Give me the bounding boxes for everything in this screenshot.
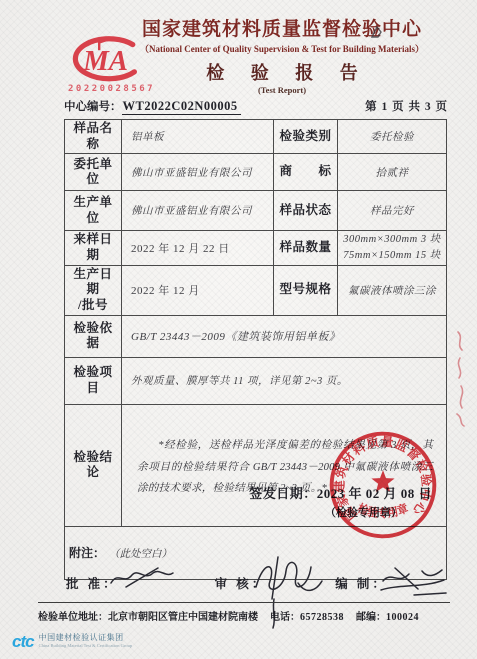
zip-value: 100024 xyxy=(386,612,419,623)
production-date-value: 2022 年 12 月 xyxy=(122,265,274,315)
svg-text:MA: MA xyxy=(82,45,128,77)
client-value: 佛山市亚盛铝业有限公司 xyxy=(122,154,274,191)
table-row: 来样日期 2022 年 12 月 22 日 样品数量 300mm×300mm 3… xyxy=(65,231,447,266)
test-items-value: 外观质量、膜厚等共 11 项，详见第 2~3 页。 xyxy=(122,357,447,404)
page-indicator: 第 1 页 共 3 页 xyxy=(365,98,448,114)
ink-smudge-mark xyxy=(369,24,385,39)
test-report-page: 国家建筑材料质量监督检验中心 （National Center of Quali… xyxy=(0,0,477,659)
production-date-label: 生产日期 /批号 xyxy=(65,265,122,315)
cma-accreditation-icon: MA xyxy=(64,34,144,84)
table-row: 生产单位 佛山市亚盛铝业有限公司 样品状态 样品完好 xyxy=(65,191,447,231)
table-row: 样品名称 铝单板 检验类别 委托检验 xyxy=(65,120,447,154)
sample-name-value: 铝单板 xyxy=(122,120,274,154)
svg-text:检验专用章: 检验专用章 xyxy=(356,501,411,520)
official-seal-stamp: 国家建筑材料质量监督检验中心 检验专用章 xyxy=(327,429,439,541)
sample-state-value: 样品完好 xyxy=(338,191,447,231)
conclusion-label: 检验结论 xyxy=(65,404,122,526)
address-value: 北京市朝阳区管庄中国建材院南楼 xyxy=(108,612,258,623)
report-title-cn: 检 验 报 告 xyxy=(95,59,469,85)
phone-label: 电话： xyxy=(270,612,300,623)
approve-signature xyxy=(108,565,178,593)
manufacturer-value: 佛山市亚盛铝业有限公司 xyxy=(122,191,274,231)
cma-license-number: 20220028567 xyxy=(68,84,155,94)
seal-star-icon xyxy=(371,470,394,492)
table-row: 检验依据 GB/T 23443－2009《建筑装饰用铝单板》 xyxy=(65,315,447,357)
prepare-signature xyxy=(378,565,450,599)
ctc-name-cn: 中国建材检验认证集团 xyxy=(39,634,133,643)
report-number-label: 中心编号： xyxy=(64,98,122,114)
table-row: 检验项目 外观质量、膜厚等共 11 项，详见第 2~3 页。 xyxy=(65,357,447,404)
test-basis-label: 检验依据 xyxy=(65,315,122,357)
trademark-value: 拾贰祥 xyxy=(338,154,447,191)
org-name-en: （National Center of Quality Supervision … xyxy=(95,42,469,55)
test-type-value: 委托检验 xyxy=(338,120,447,154)
sample-state-label: 样品状态 xyxy=(274,191,338,231)
sample-name-label: 样品名称 xyxy=(65,120,122,154)
report-header: 国家建筑材料质量监督检验中心 （National Center of Quali… xyxy=(95,0,469,95)
phone-segment: 电话：65728538 xyxy=(270,608,344,623)
test-items-label: 检验项目 xyxy=(65,357,122,404)
sample-qty-value: 300mm×300mm 3 块 75mm×150mm 15 块 xyxy=(338,231,447,266)
ctc-brand-text: 中国建材检验认证集团 China Building Material Test … xyxy=(39,634,133,648)
model-spec-value: 氟碳液体喷涂三涂 xyxy=(338,265,447,315)
sample-date-label: 来样日期 xyxy=(65,231,122,266)
remark-value: （此处空白） xyxy=(109,549,172,560)
sample-date-value: 2022 年 12 月 22 日 xyxy=(122,231,274,266)
client-label: 委托单位 xyxy=(65,154,122,191)
org-name-cn: 国家建筑材料质量监督检验中心 xyxy=(95,14,469,41)
sample-qty-label: 样品数量 xyxy=(274,231,338,266)
zip-label: 邮编： xyxy=(356,612,386,623)
remark-label: 附注： xyxy=(69,546,105,560)
ctc-brand: ctc 中国建材检验认证集团 China Building Material T… xyxy=(12,633,132,650)
phone-value: 65728538 xyxy=(300,612,344,623)
trademark-label: 商 标 xyxy=(274,154,338,191)
manufacturer-label: 生产单位 xyxy=(65,191,122,231)
zip-segment: 邮编：100024 xyxy=(356,608,419,623)
address-segment: 检验单位地址：北京市朝阳区管庄中国建材院南楼 xyxy=(38,608,258,623)
ctc-name-en: China Building Material Test & Certifica… xyxy=(39,643,133,648)
red-margin-marks xyxy=(450,328,472,428)
report-number-value: WT2022C02N00005 xyxy=(122,99,241,115)
report-number-row: 中心编号： WT2022C02N00005 第 1 页 共 3 页 xyxy=(64,98,448,115)
table-row: 委托单位 佛山市亚盛铝业有限公司 商 标 拾贰祥 xyxy=(65,154,447,191)
table-row: 生产日期 /批号 2022 年 12 月 型号规格 氟碳液体喷涂三涂 xyxy=(65,265,447,315)
ctc-logo-icon: ctc xyxy=(12,633,34,650)
model-spec-label: 型号规格 xyxy=(274,265,338,315)
sample-qty-line2: 75mm×150mm 15 块 xyxy=(342,248,442,264)
test-basis-value: GB/T 23443－2009《建筑装饰用铝单板》 xyxy=(122,315,447,357)
footer-address-row: 检验单位地址：北京市朝阳区管庄中国建材院南楼 电话：65728538 邮编：10… xyxy=(38,602,450,623)
sample-qty-line1: 300mm×300mm 3 块 xyxy=(342,232,442,248)
test-type-label: 检验类别 xyxy=(274,120,338,154)
address-label: 检验单位地址： xyxy=(38,612,108,623)
